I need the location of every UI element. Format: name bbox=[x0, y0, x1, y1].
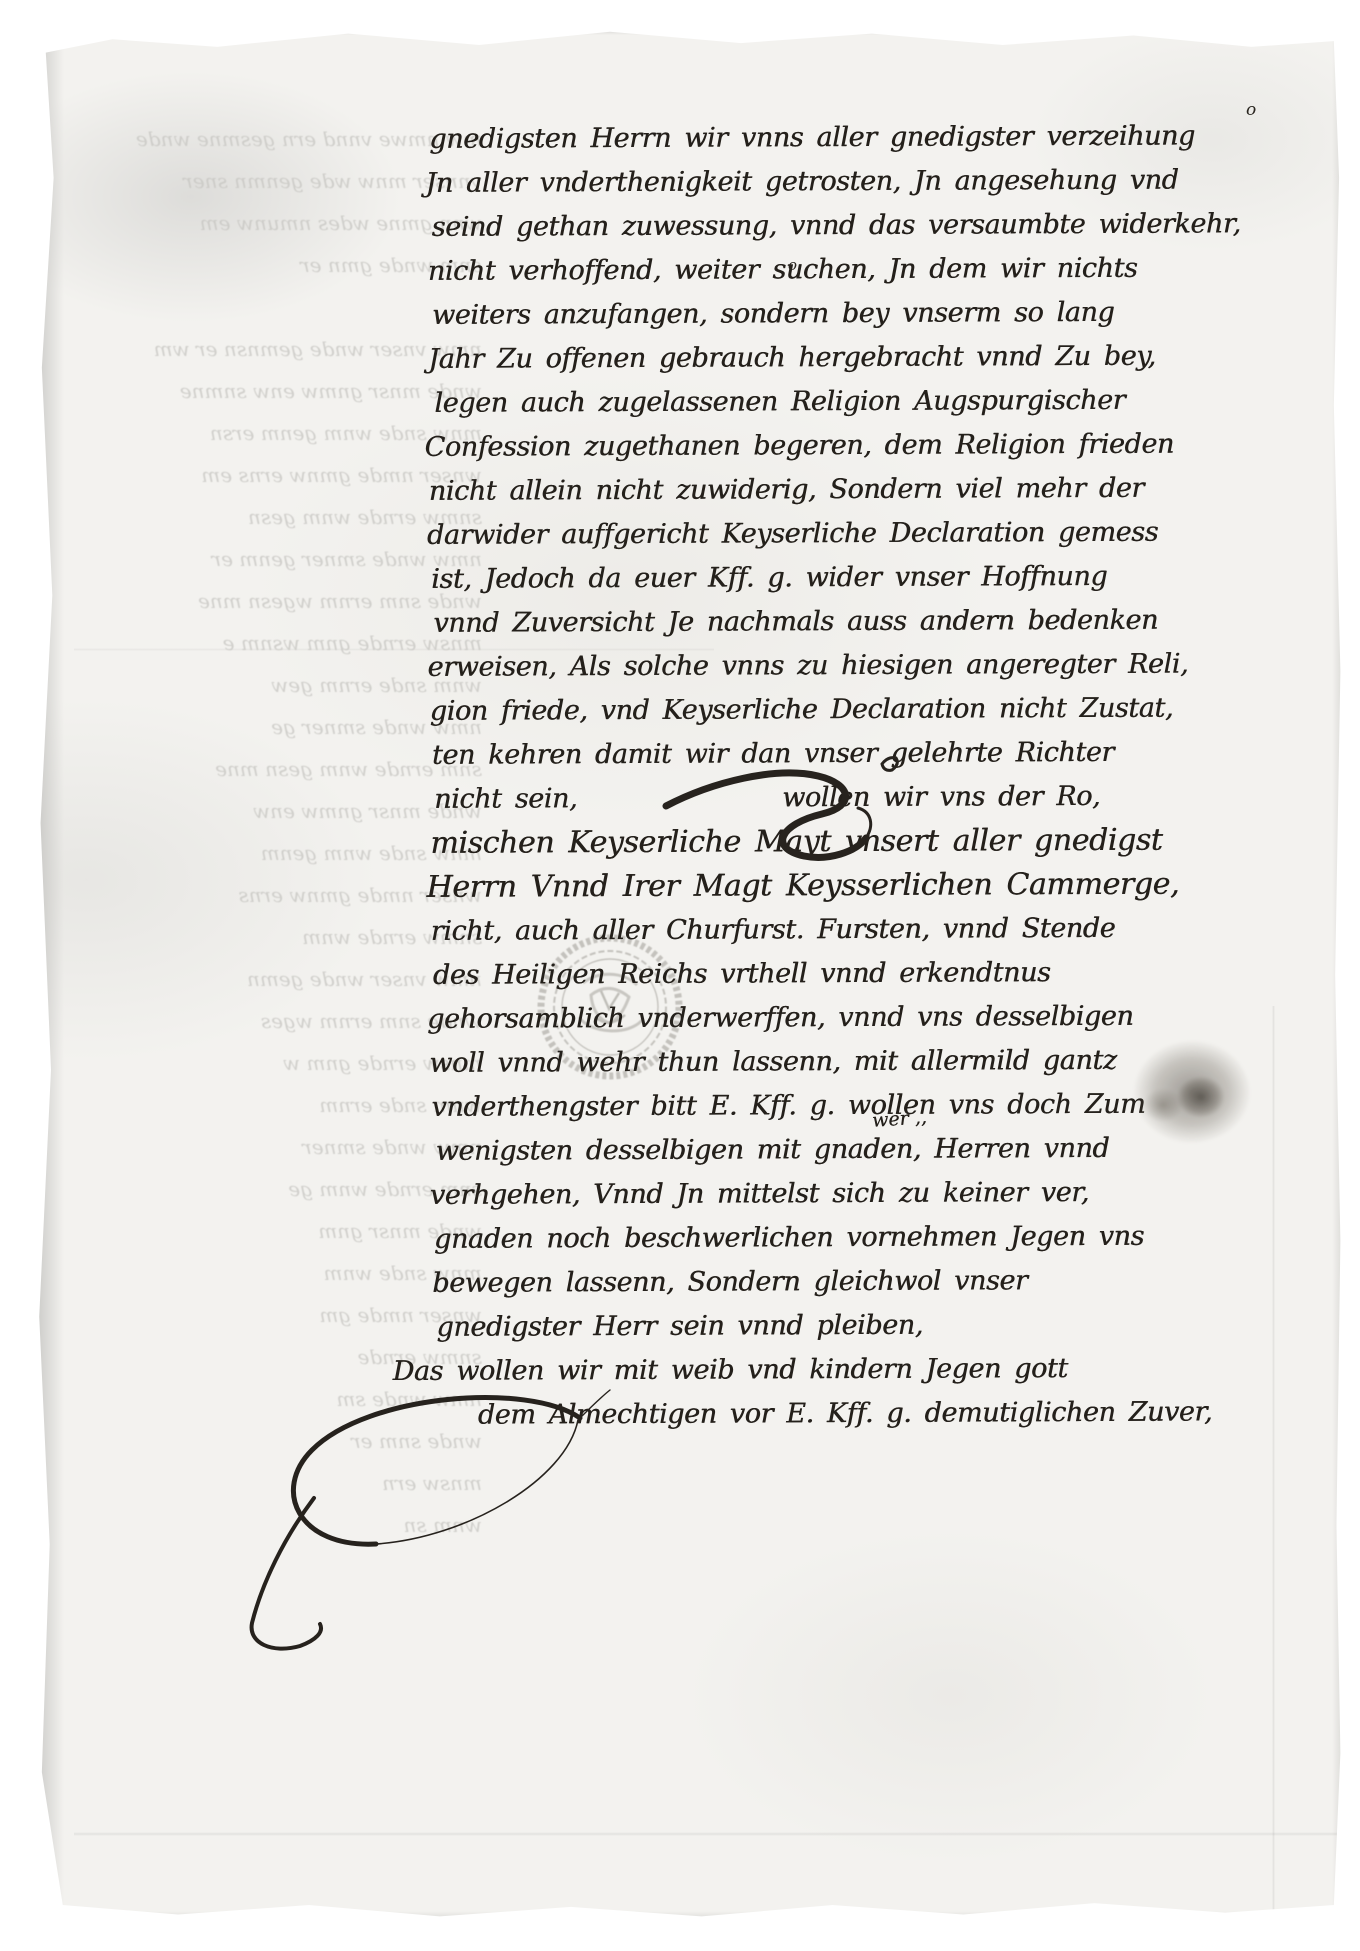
text-line: erweisen, Als solche vnns zu hiesigen an… bbox=[427, 642, 1299, 690]
horizontal-fold-crease bbox=[74, 1832, 1360, 1836]
ghost-text-line: nmw wnde smner ge bbox=[52, 706, 482, 748]
ghost-text-line: wnm snde ernm bbox=[52, 1084, 482, 1126]
text-line: darwider auffgericht Keyserliche Declara… bbox=[427, 510, 1299, 558]
ghost-text-line: wnser nmde gmnw erns em bbox=[52, 454, 482, 496]
ink-blot-spatter bbox=[1143, 1088, 1183, 1122]
ghost-text-line: nmw vnser wnde gemn bbox=[52, 958, 482, 1000]
text-line: gnaden noch beschwerlichen vornehmen Jeg… bbox=[434, 1214, 1302, 1262]
text-line: Confession zugethanen begeren, dem Relig… bbox=[424, 422, 1298, 470]
text-line: Das wollen wir mit weib vnd kindern Jege… bbox=[393, 1346, 1303, 1394]
ghost-text-line: mnsw ernde gnm wsnm e bbox=[52, 622, 482, 664]
ink-blot bbox=[1133, 1040, 1251, 1144]
ghost-text-line: nmw wnde smner bbox=[52, 1126, 482, 1168]
ghost-text-line: snmw ernde wnm gesn bbox=[52, 496, 482, 538]
ghost-text-line: wnde mnsr gnmw enw bbox=[52, 790, 482, 832]
ghost-text-line: wnser nmde gmnw erns bbox=[52, 874, 482, 916]
text-line: richt, auch aller Churfurst. Fursten, vn… bbox=[431, 906, 1301, 954]
text-line: gnedigsten Herrn wir vnns aller gnedigst… bbox=[429, 114, 1297, 162]
ghost-text-line: mnw snde wnm bbox=[52, 1252, 482, 1294]
ghost-text-line: wnser nmde gm bbox=[52, 1294, 482, 1336]
capital-s-swash bbox=[660, 742, 910, 892]
ghost-text-line: snm ernde wnm ge bbox=[52, 1168, 482, 1210]
ghost-text-line: mnw snde wnm genm bbox=[52, 832, 482, 874]
text-line: legen auch zugelassenen Religion Augspur… bbox=[434, 378, 1298, 426]
ghost-text-line: snmw ernde wnm bbox=[52, 916, 482, 958]
text-line: nicht allein nicht zuwiderig, Sondern vi… bbox=[429, 466, 1299, 514]
interlinear-insertion: wer ,, bbox=[871, 1106, 927, 1132]
ink-blot-core bbox=[1177, 1076, 1225, 1118]
ghost-text-line: wnm snde ernm gew bbox=[52, 664, 482, 706]
text-line: seind gethan zuwessung, vnnd das versaum… bbox=[432, 202, 1298, 250]
text-line: gehorsamblich vnderwerffen, vnnd vns des… bbox=[427, 994, 1301, 1042]
ghost-text-line: mnsw ernde gnm w bbox=[52, 1042, 482, 1084]
text-line: gion friede, vnd Keyserliche Declaration… bbox=[430, 686, 1300, 734]
scan-background: { "document": { "kind": "early-modern Ge… bbox=[0, 0, 1360, 1951]
text-line: gnedigster Herr sein vnnd pleiben, bbox=[436, 1302, 1302, 1350]
text-line: nicht verhoffend, weiter suchen, Jn dem … bbox=[428, 246, 1298, 294]
text-line: verhgehen, Vnnd Jn mittelst sich zu kein… bbox=[430, 1170, 1302, 1218]
ghost-text-line: snm ernde wnm gesn mne bbox=[52, 748, 482, 790]
superscript-o-mark: o bbox=[788, 256, 797, 274]
pen-flourish-loop bbox=[228, 1388, 628, 1688]
text-line: weiters anzufangen, sondern bey vnserm s… bbox=[432, 290, 1298, 338]
ghost-text-line: nmw wnde smner genm er bbox=[52, 538, 482, 580]
text-line: Jahr Zu offenen gebrauch hergebracht vnn… bbox=[428, 334, 1298, 382]
ghost-text-line: wnde snm ernm wgesn mne bbox=[52, 580, 482, 622]
text-line: vnnd Zuversicht Je nachmals auss andern … bbox=[433, 598, 1299, 646]
text-line: des Heiligen Reichs vrthell vnnd erkendt… bbox=[433, 950, 1301, 998]
text-line: Jn aller vnderthenigkeit getrosten, Jn a… bbox=[425, 158, 1297, 206]
text-line: bewegen lassenn, Sondern gleichwol vnser bbox=[432, 1258, 1302, 1306]
ghost-text-line: wnde mnsr gnm bbox=[52, 1210, 482, 1252]
text-line: ist, Jedoch da euer Kff. g. wider vnser … bbox=[431, 554, 1299, 602]
ghost-text-line: wnde snm ernm wges bbox=[52, 1000, 482, 1042]
superscript-o-mark: o bbox=[1246, 100, 1256, 120]
